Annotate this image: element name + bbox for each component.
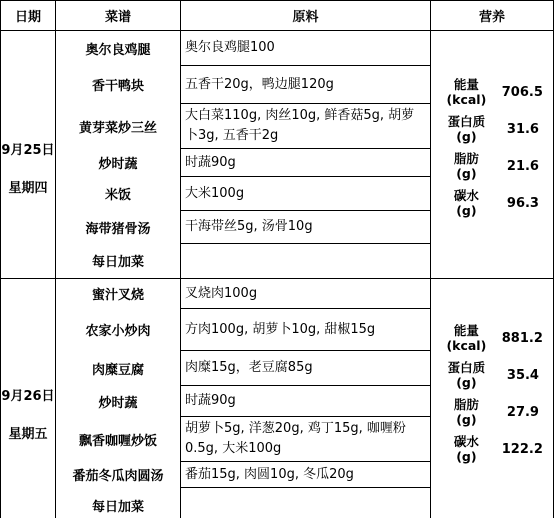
weekday-text: 星期五 [8, 423, 47, 442]
nutrition-label: 蛋白质 (g) [431, 360, 502, 390]
date-cell: 9月26日 星期五 [1, 279, 56, 518]
dish-ingredients: 时蔬90g [181, 149, 431, 177]
dish-name: 每日加菜 [56, 244, 181, 279]
dish-ingredients: 方肉100g, 胡萝卜10g, 甜椒15g [181, 309, 431, 351]
dish-name: 农家小炒肉 [56, 309, 181, 351]
nutrition-label: 能量 (kcal) [431, 77, 502, 107]
nutrition-row: 能量 (kcal) 706.5 [431, 77, 553, 107]
dish-ingredients: 胡萝卜5g, 洋葱20g, 鸡丁15g, 咖喱粉0.5g, 大米100g [181, 417, 431, 462]
dish-ingredients: 时蔬90g [181, 386, 431, 417]
dish-name: 海带猪骨汤 [56, 211, 181, 244]
nutrition-row: 能量 (kcal) 881.2 [431, 323, 553, 353]
header-menu: 菜谱 [56, 1, 181, 31]
menu-table: 日期 菜谱 原料 营养 9月25日 星期四 奥尔良鸡腿 奥尔良鸡腿100 能量 … [0, 0, 554, 518]
nutrition-row: 蛋白质 (g) 31.6 [431, 114, 553, 144]
header-date: 日期 [1, 1, 56, 31]
nutrition-value: 21.6 [502, 159, 553, 174]
nutrition-value: 706.5 [502, 85, 553, 100]
date-cell: 9月25日 星期四 [1, 31, 56, 279]
header-nutrition: 营养 [431, 1, 554, 31]
dish-ingredients: 大米100g [181, 177, 431, 211]
dish-name: 香干鸭块 [56, 66, 181, 104]
header-ingredients: 原料 [181, 1, 431, 31]
dish-name: 蜜汁叉烧 [56, 279, 181, 309]
date-text: 9月25日 [1, 139, 54, 158]
nutrition-row: 碳水 (g) 96.3 [431, 188, 553, 218]
dish-ingredients: 五香干20g，鸭边腿120g [181, 66, 431, 104]
dish-name: 肉糜豆腐 [56, 351, 181, 386]
nutrition-label: 碳水 (g) [431, 434, 502, 464]
dish-ingredients: 叉烧肉100g [181, 279, 431, 309]
dish-name: 炒时蔬 [56, 386, 181, 417]
dish-name: 奥尔良鸡腿 [56, 31, 181, 66]
header-row: 日期 菜谱 原料 营养 [1, 1, 554, 31]
nutrition-value: 35.4 [502, 368, 553, 383]
dish-ingredients: 肉糜15g，老豆腐85g [181, 351, 431, 386]
dish-ingredients: 干海带丝5g, 汤骨10g [181, 211, 431, 244]
nutrition-row: 脂肪 (g) 27.9 [431, 397, 553, 427]
nutrition-label: 蛋白质 (g) [431, 114, 502, 144]
dish-name: 番茄冬瓜肉圆汤 [56, 462, 181, 488]
nutrition-value: 122.2 [502, 442, 553, 457]
dish-ingredients: 奥尔良鸡腿100 [181, 31, 431, 66]
table-row: 9月25日 星期四 奥尔良鸡腿 奥尔良鸡腿100 能量 (kcal) 706.5… [1, 31, 554, 66]
weekday-text: 星期四 [8, 177, 47, 196]
table-row: 9月26日 星期五 蜜汁叉烧 叉烧肉100g 能量 (kcal) 881.2 蛋… [1, 279, 554, 309]
nutrition-label: 能量 (kcal) [431, 323, 502, 353]
nutrition-label: 脂肪 (g) [431, 151, 502, 181]
dish-name: 炒时蔬 [56, 149, 181, 177]
dish-ingredients: 大白菜110g, 肉丝10g, 鲜香菇5g, 胡萝卜3g, 五香干2g [181, 104, 431, 149]
dish-name: 黄芽菜炒三丝 [56, 104, 181, 149]
date-text: 9月26日 [1, 385, 54, 404]
dish-ingredients [181, 244, 431, 279]
dish-ingredients [181, 488, 431, 518]
nutrition-label: 碳水 (g) [431, 188, 502, 218]
nutrition-value: 881.2 [502, 331, 553, 346]
dish-ingredients: 番茄15g, 肉圆10g, 冬瓜20g [181, 462, 431, 488]
nutrition-label: 脂肪 (g) [431, 397, 502, 427]
nutrition-value: 31.6 [502, 122, 553, 137]
dish-name: 每日加菜 [56, 488, 181, 518]
nutrition-row: 碳水 (g) 122.2 [431, 434, 553, 464]
nutrition-cell: 能量 (kcal) 706.5 蛋白质 (g) 31.6 脂肪 (g) [431, 31, 554, 279]
nutrition-row: 蛋白质 (g) 35.4 [431, 360, 553, 390]
nutrition-row: 脂肪 (g) 21.6 [431, 151, 553, 181]
dish-name: 飘香咖喱炒饭 [56, 417, 181, 462]
dish-name: 米饭 [56, 177, 181, 211]
nutrition-cell: 能量 (kcal) 881.2 蛋白质 (g) 35.4 脂肪 (g) [431, 279, 554, 518]
nutrition-value: 27.9 [502, 405, 553, 420]
nutrition-value: 96.3 [502, 196, 553, 211]
